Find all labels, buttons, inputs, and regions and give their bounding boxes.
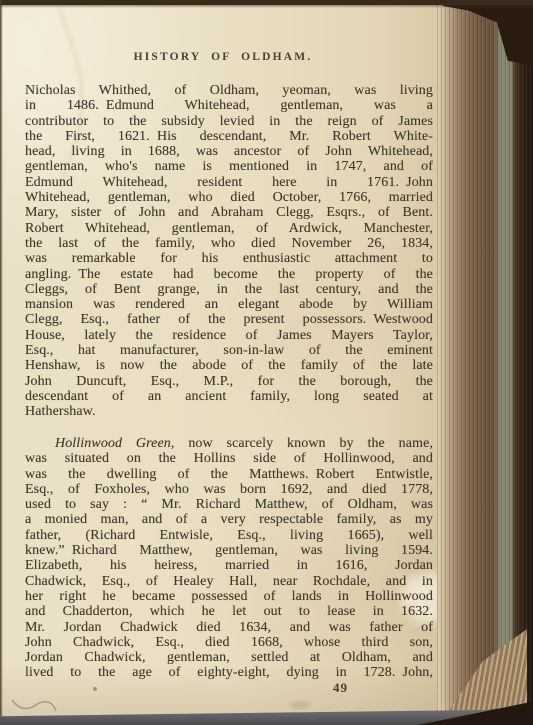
text-line: was remarkable for his enthusiastic atta…: [25, 251, 433, 266]
paragraph-2-first-line: Hollinwood Green, now scarcely known by …: [25, 436, 433, 451]
text-line: angling. The estate had become the prope…: [25, 267, 433, 282]
text-line: Jordan Chadwick, gentleman, settled at O…: [25, 650, 433, 665]
paragraph-2: Hollinwood Green, now scarcely known by …: [25, 436, 433, 681]
text-line: knew.” Richard Matthew, gentleman, was l…: [25, 543, 433, 558]
text-line: Esq., hat manufacturer, son-in-law of th…: [25, 343, 433, 358]
page-number: 49: [333, 680, 348, 696]
text-line: Elizabeth, his heiress, married in 1616,…: [25, 558, 433, 573]
text-line: descendant of an ancient family, long se…: [25, 389, 433, 404]
text-line: Mr. Jordan Chadwick died 1634, and was f…: [25, 620, 433, 635]
place-name-italic: Hollinwood Green: [55, 436, 171, 451]
text-line: was the dwelling of the Matthews. Robert…: [25, 467, 433, 482]
text-line: John Chadwick, Esq., died 1668, whose th…: [25, 635, 433, 650]
text-line: a monied man, and of a very respectable …: [25, 512, 433, 527]
text-line: the last of the family, who died Novembe…: [25, 236, 433, 251]
text-line: mansion was rendered an elegant abode by…: [25, 297, 433, 312]
text-line: gentleman, who's name is mentioned in 17…: [25, 159, 433, 174]
text-line: John Duncuft, Esq., M.P., for the boroug…: [25, 374, 433, 389]
text-line: was situated on the Hollins side of Holl…: [25, 451, 433, 466]
text-line: Cleggs, of Bent grange, in the last cent…: [25, 282, 433, 297]
text-line: Hathershaw.: [25, 404, 433, 419]
paragraph-2-lines: was situated on the Hollins side of Holl…: [25, 451, 433, 680]
book-fore-edge: [437, 0, 533, 725]
text-line: Nicholas Whithed, of Oldham, yeoman, was…: [25, 83, 433, 98]
text-line: Chadwick, Esq., of Healey Hall, near Roc…: [25, 574, 433, 589]
binding-left-edge: [0, 0, 3, 725]
text-line: Edmund Whitehead, resident here in 1761.…: [25, 175, 433, 190]
text-line: Mary, sister of John and Abraham Clegg, …: [25, 205, 433, 220]
text-line: contributor to the subsidy levied in the…: [25, 114, 433, 129]
running-header: HISTORY OF OLDHAM.: [25, 51, 421, 63]
text-line: in 1486. Edmund Whitehead, gentleman, wa…: [25, 98, 433, 113]
text-line: the First, 1621. His descendant, Mr. Rob…: [25, 129, 433, 144]
paragraph-1: Nicholas Whithed, of Oldham, yeoman, was…: [25, 83, 433, 420]
top-edge-shadow: [0, 5, 533, 8]
text-line: head, living in 1688, was ancestor of Jo…: [25, 144, 433, 159]
book-photo: HISTORY OF OLDHAM. Nicholas Whithed, of …: [0, 0, 533, 725]
text-line: House, lately the residence of James May…: [25, 328, 433, 343]
text-line: father, (Richard Entwisle, Esq., living …: [25, 528, 433, 543]
text-line: Henshaw, is now the abode of the family …: [25, 358, 433, 373]
text-line: lived to the age of eighty-eight, dying …: [25, 665, 433, 680]
text-line: and Chadderton, which he let out to leas…: [25, 604, 433, 619]
text-line: Esq., of Foxholes, who was born 1692, an…: [25, 482, 433, 497]
text-line: Clegg, Esq., father of the present posse…: [25, 312, 433, 327]
text-line: Robert Whitehead, gentleman, of Ardwick,…: [25, 221, 433, 236]
text-line: used to say : “ Mr. Richard Matthew, of …: [25, 497, 433, 512]
text-line: her right he became possessed of lands i…: [25, 589, 433, 604]
text-line: Whitehead, gentleman, who died October, …: [25, 190, 433, 205]
first-line-rest: , now scarcely known by the name,: [171, 436, 433, 451]
